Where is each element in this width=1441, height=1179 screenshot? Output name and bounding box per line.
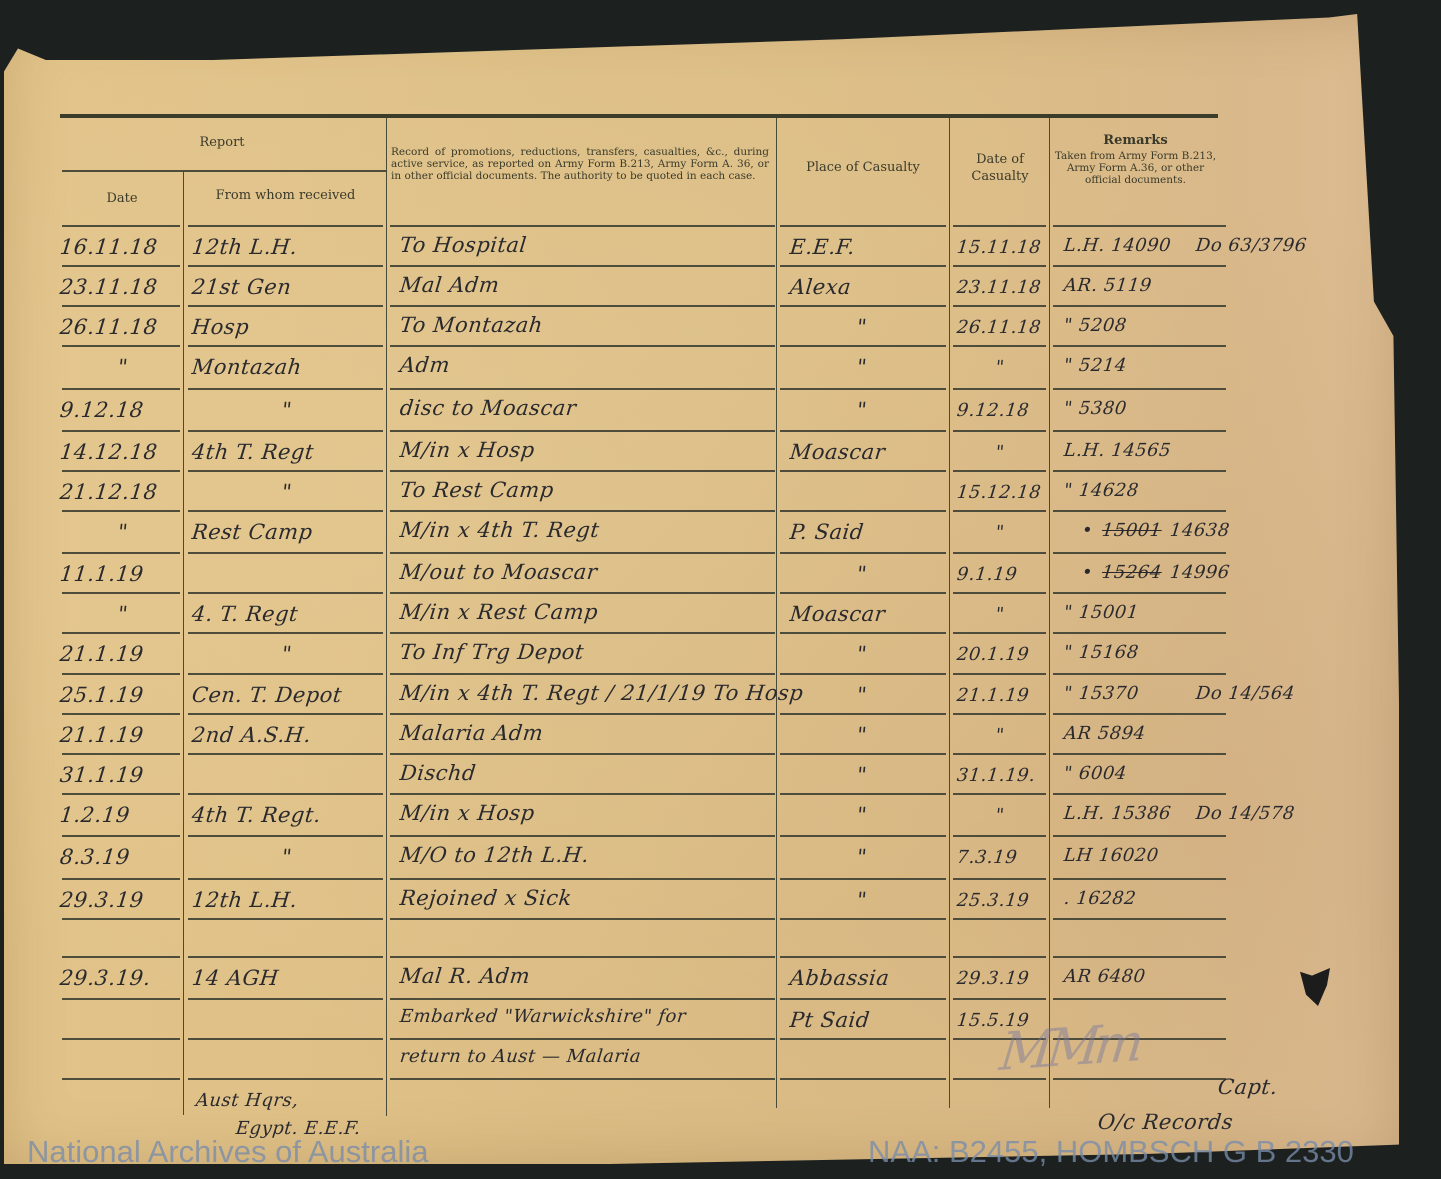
row-rule xyxy=(953,998,1046,1000)
row-rule xyxy=(953,713,1046,715)
report-header-divider xyxy=(62,170,386,172)
row-rule xyxy=(390,918,775,920)
row-rule xyxy=(390,1038,775,1040)
cell-remarks-struck: 15264 xyxy=(1101,562,1163,583)
row-rule xyxy=(953,753,1046,755)
cell-record: Adm xyxy=(399,353,452,377)
row-rule xyxy=(780,265,946,267)
row-rule xyxy=(780,998,946,1000)
cell-place: Pt Said xyxy=(789,1008,871,1032)
cell-casualty-date: 31.1.19. xyxy=(956,765,1037,786)
row-rule xyxy=(188,1078,383,1080)
row-rule xyxy=(953,878,1046,880)
cell-remarks: " 5380 xyxy=(1063,398,1128,419)
watermark-citation: NAA: B2455, HOMBSCH G B 2330 xyxy=(868,1134,1354,1170)
row-rule xyxy=(1053,956,1226,958)
row-rule xyxy=(1053,673,1226,675)
cell-casualty-date: 15.12.18 xyxy=(956,482,1042,503)
row-rule xyxy=(188,225,383,227)
footer-title: O/c Records xyxy=(1097,1110,1235,1134)
cell-record: return to Aust — Malaria xyxy=(399,1046,642,1067)
row-rule xyxy=(1053,388,1226,390)
row-rule xyxy=(953,265,1046,267)
row-rule xyxy=(780,753,946,755)
cell-record: M/O to 12th L.H. xyxy=(399,843,591,867)
row-rule xyxy=(62,1038,180,1040)
row-rule xyxy=(390,673,775,675)
cell-date: " xyxy=(65,602,182,626)
header-from-whom: From whom received xyxy=(188,188,383,203)
header-record: Record of promotions, reductions, transf… xyxy=(391,146,769,182)
row-rule xyxy=(780,1078,946,1080)
cell-date: 21.1.19 xyxy=(59,723,145,747)
cell-casualty-date: " xyxy=(954,805,1046,826)
column-divider xyxy=(183,170,184,1115)
row-rule xyxy=(780,632,946,634)
cell-date: " xyxy=(65,355,182,379)
row-rule xyxy=(188,793,383,795)
cell-from: 4th T. Regt. xyxy=(191,803,323,827)
cell-date: 29.3.19. xyxy=(59,966,152,990)
cell-place: " xyxy=(781,683,944,707)
cell-record: Mal R. Adm xyxy=(399,964,532,988)
cell-remarks: L.H. 14565 xyxy=(1063,440,1172,461)
cell-remarks: " 5208 xyxy=(1063,315,1128,336)
row-rule xyxy=(390,753,775,755)
cell-record: Mal Adm xyxy=(399,273,501,297)
row-rule xyxy=(953,835,1046,837)
cell-casualty-date: 21.1.19 xyxy=(956,685,1030,706)
row-rule xyxy=(62,225,180,227)
row-rule xyxy=(62,632,180,634)
row-rule xyxy=(62,713,180,715)
row-rule xyxy=(62,470,180,472)
cell-date: 25.1.19 xyxy=(59,683,145,707)
cell-margin-note: Do 14/564 xyxy=(1195,683,1296,704)
row-rule xyxy=(1053,918,1226,920)
row-rule xyxy=(188,835,383,837)
cell-remarks: " 15168 xyxy=(1063,642,1140,663)
row-rule xyxy=(188,878,383,880)
row-rule xyxy=(953,305,1046,307)
row-rule xyxy=(62,345,180,347)
cell-remarks-struck: 15001 xyxy=(1101,520,1163,541)
cell-record: Embarked "Warwickshire" for xyxy=(399,1006,687,1027)
row-rule xyxy=(953,592,1046,594)
row-rule xyxy=(780,552,946,554)
row-rule xyxy=(953,225,1046,227)
cell-place: " xyxy=(781,642,944,666)
cell-casualty-date: 23.11.18 xyxy=(956,277,1042,298)
row-rule xyxy=(780,713,946,715)
row-rule xyxy=(188,673,383,675)
cell-remarks: L.H. 14090 xyxy=(1063,235,1172,256)
row-rule xyxy=(390,956,775,958)
cell-from: " xyxy=(191,398,384,422)
cell-remarks: 14638 xyxy=(1169,520,1231,541)
cell-record: M/in x Hosp xyxy=(399,801,536,825)
row-rule xyxy=(188,470,383,472)
cell-casualty-date: " xyxy=(954,725,1046,746)
row-rule xyxy=(780,470,946,472)
cell-place: " xyxy=(781,803,944,827)
cell-remarks: L.H. 15386 xyxy=(1063,803,1172,824)
row-rule xyxy=(780,835,946,837)
row-rule xyxy=(780,918,946,920)
row-rule xyxy=(780,305,946,307)
row-rule xyxy=(390,388,775,390)
row-rule xyxy=(62,918,180,920)
row-rule xyxy=(1053,225,1226,227)
cell-casualty-date: " xyxy=(954,604,1046,625)
cell-date: 23.11.18 xyxy=(59,275,159,299)
cell-casualty-date: " xyxy=(954,357,1046,378)
cell-date: 9.12.18 xyxy=(59,398,145,422)
row-rule xyxy=(780,388,946,390)
row-rule xyxy=(188,345,383,347)
header-date-casualty: Date of Casualty xyxy=(955,151,1045,185)
column-divider xyxy=(386,118,387,1116)
row-rule xyxy=(390,225,775,227)
column-divider xyxy=(1049,118,1050,1108)
cell-casualty-date: " xyxy=(954,442,1046,463)
row-rule xyxy=(1053,793,1226,795)
row-rule xyxy=(1053,713,1226,715)
row-rule xyxy=(1053,430,1226,432)
row-rule xyxy=(62,510,180,512)
cell-record: M/in x Rest Camp xyxy=(399,600,600,624)
row-rule xyxy=(953,470,1046,472)
row-rule xyxy=(188,956,383,958)
row-rule xyxy=(1053,998,1226,1000)
cell-casualty-date: 20.1.19 xyxy=(956,644,1030,665)
row-rule xyxy=(390,430,775,432)
row-rule xyxy=(953,388,1046,390)
row-rule xyxy=(953,956,1046,958)
row-rule xyxy=(1053,878,1226,880)
row-rule xyxy=(390,552,775,554)
row-rule xyxy=(62,305,180,307)
cell-date: 31.1.19 xyxy=(59,763,145,787)
header-report: Report xyxy=(62,135,382,150)
cell-date: " xyxy=(65,520,182,544)
header-place: Place of Casualty xyxy=(780,160,946,175)
row-rule xyxy=(62,835,180,837)
cell-date: 26.11.18 xyxy=(59,315,159,339)
cell-from: " xyxy=(191,845,384,869)
row-rule xyxy=(953,632,1046,634)
row-rule xyxy=(390,632,775,634)
cell-from: 12th L.H. xyxy=(191,235,299,259)
row-rule xyxy=(390,305,775,307)
row-rule xyxy=(188,430,383,432)
cell-place: Moascar xyxy=(789,602,887,626)
row-rule xyxy=(188,632,383,634)
cell-from: Montazah xyxy=(191,355,303,379)
cell-remarks: LH 16020 xyxy=(1063,845,1160,866)
service-record-sheet xyxy=(4,14,1399,1164)
row-rule xyxy=(780,225,946,227)
cell-remarks: AR 6480 xyxy=(1063,966,1147,987)
cell-date: 21.1.19 xyxy=(59,642,145,666)
footer-rank: Capt. xyxy=(1217,1075,1279,1099)
row-rule xyxy=(1053,753,1226,755)
officer-signature: MMm xyxy=(997,1013,1141,1083)
row-rule xyxy=(188,552,383,554)
cell-place: P. Said xyxy=(789,520,865,544)
cell-from: 21st Gen xyxy=(191,275,293,299)
row-rule xyxy=(188,305,383,307)
column-divider xyxy=(949,118,950,1108)
cell-remarks: " 5214 xyxy=(1063,355,1128,376)
cell-record: M/in x 4th T. Regt / 21/1/19 To Hosp xyxy=(399,681,805,705)
cell-remarks: " 6004 xyxy=(1063,763,1128,784)
cell-record: To Hospital xyxy=(399,233,528,257)
row-rule xyxy=(1053,1078,1226,1080)
cell-from: Rest Camp xyxy=(191,520,314,544)
row-rule xyxy=(62,673,180,675)
row-rule xyxy=(62,592,180,594)
cell-casualty-date: 25.3.19 xyxy=(956,890,1030,911)
row-rule xyxy=(1053,632,1226,634)
row-rule xyxy=(188,1038,383,1040)
cell-from: 4. T. Regt xyxy=(191,602,300,626)
header-remarks: Remarks xyxy=(1053,133,1218,148)
row-rule xyxy=(62,1078,180,1080)
row-rule xyxy=(780,878,946,880)
row-rule xyxy=(1053,305,1226,307)
row-rule xyxy=(780,430,946,432)
row-rule xyxy=(1053,345,1226,347)
cell-date: 14.12.18 xyxy=(59,440,159,464)
cell-from: 14 AGH xyxy=(191,966,280,990)
cell-remarks: " 15370 xyxy=(1063,683,1140,704)
row-rule xyxy=(390,470,775,472)
row-rule xyxy=(1053,510,1226,512)
table-top-rule xyxy=(60,114,1218,118)
row-rule xyxy=(780,673,946,675)
row-rule xyxy=(953,552,1046,554)
row-rule xyxy=(188,510,383,512)
row-rule xyxy=(780,345,946,347)
cell-from: " xyxy=(191,480,384,504)
cell-place: Abbassia xyxy=(789,966,891,990)
cell-place: E.E.F. xyxy=(789,235,857,259)
row-rule xyxy=(62,430,180,432)
row-rule xyxy=(1053,470,1226,472)
row-rule xyxy=(390,265,775,267)
row-rule xyxy=(390,793,775,795)
row-rule xyxy=(953,918,1046,920)
row-rule xyxy=(188,998,383,1000)
cell-place: Alexa xyxy=(789,275,853,299)
row-rule xyxy=(780,1038,946,1040)
row-rule xyxy=(780,592,946,594)
row-rule xyxy=(62,265,180,267)
cell-remarks: . 16282 xyxy=(1063,888,1137,909)
row-rule xyxy=(1053,835,1226,837)
cell-place: " xyxy=(781,562,944,586)
cell-from: Cen. T. Depot xyxy=(191,683,343,707)
cell-casualty-date: 15.11.18 xyxy=(956,237,1042,258)
cell-margin-note: Do 63/3796 xyxy=(1195,235,1308,256)
cell-place: " xyxy=(781,888,944,912)
row-rule xyxy=(953,345,1046,347)
cell-record: Malaria Adm xyxy=(399,721,545,745)
cell-place: " xyxy=(781,723,944,747)
cell-casualty-date: 26.11.18 xyxy=(956,317,1042,338)
row-rule xyxy=(188,918,383,920)
cell-date: 21.12.18 xyxy=(59,480,159,504)
row-rule xyxy=(953,793,1046,795)
row-rule xyxy=(953,430,1046,432)
row-rule xyxy=(1053,592,1226,594)
cell-place: Moascar xyxy=(789,440,887,464)
cell-casualty-date: " xyxy=(954,522,1046,543)
row-rule xyxy=(390,878,775,880)
row-rule xyxy=(62,956,180,958)
row-rule xyxy=(188,265,383,267)
cell-date: 1.2.19 xyxy=(59,803,131,827)
row-rule xyxy=(62,552,180,554)
cell-from: 12th L.H. xyxy=(191,888,299,912)
cell-casualty-date: 9.1.19 xyxy=(956,564,1018,585)
footer-hq-line1: Aust Hqrs, xyxy=(195,1090,300,1111)
row-rule xyxy=(188,388,383,390)
cell-from: 2nd A.S.H. xyxy=(191,723,313,747)
row-rule xyxy=(62,753,180,755)
row-rule xyxy=(390,835,775,837)
cell-date: 11.1.19 xyxy=(59,562,145,586)
row-rule xyxy=(62,793,180,795)
row-rule xyxy=(1053,265,1226,267)
row-rule xyxy=(390,345,775,347)
cell-remarks: " 14628 xyxy=(1063,480,1140,501)
cell-date: 16.11.18 xyxy=(59,235,159,259)
row-rule xyxy=(953,510,1046,512)
cell-from: 4th T. Regt xyxy=(191,440,315,464)
cell-remarks: AR 5894 xyxy=(1063,723,1147,744)
cell-casualty-date: 29.3.19 xyxy=(956,968,1030,989)
watermark-naa: National Archives of Australia xyxy=(27,1134,429,1170)
cell-record: Dischd xyxy=(399,761,478,785)
column-divider xyxy=(776,118,777,1108)
row-rule xyxy=(62,388,180,390)
cell-remarks: " 15001 xyxy=(1063,602,1140,623)
cell-casualty-date: 7.3.19 xyxy=(956,847,1018,868)
cell-place: " xyxy=(781,398,944,422)
row-rule xyxy=(62,878,180,880)
cell-from: Hosp xyxy=(191,315,251,339)
row-rule xyxy=(953,673,1046,675)
cell-record: M/in x 4th T. Regt xyxy=(399,518,601,542)
row-rule xyxy=(188,592,383,594)
cell-record: disc to Moascar xyxy=(399,396,578,420)
row-rule xyxy=(780,793,946,795)
cell-record: M/out to Moascar xyxy=(399,560,599,584)
cell-date: 29.3.19 xyxy=(59,888,145,912)
cell-place: " xyxy=(781,355,944,379)
row-rule xyxy=(780,956,946,958)
cell-place: " xyxy=(781,845,944,869)
cell-record: To Montazah xyxy=(399,313,544,337)
row-rule xyxy=(390,592,775,594)
cell-remarks-bullet: • xyxy=(1081,520,1094,541)
cell-record: To Rest Camp xyxy=(399,478,555,502)
row-rule xyxy=(390,510,775,512)
cell-place: " xyxy=(781,763,944,787)
cell-date: 8.3.19 xyxy=(59,845,131,869)
row-rule xyxy=(188,713,383,715)
cell-margin-note: Do 14/578 xyxy=(1195,803,1296,824)
cell-remarks: AR. 5119 xyxy=(1063,275,1153,296)
header-date: Date xyxy=(62,191,182,206)
cell-record: M/in x Hosp xyxy=(399,438,536,462)
row-rule xyxy=(390,713,775,715)
cell-record: To Inf Trg Depot xyxy=(399,640,585,664)
cell-remarks: 14996 xyxy=(1169,562,1231,583)
row-rule xyxy=(62,998,180,1000)
cell-remarks-bullet: • xyxy=(1081,562,1094,583)
row-rule xyxy=(1053,552,1226,554)
row-rule xyxy=(390,998,775,1000)
row-rule xyxy=(390,1078,775,1080)
cell-from: " xyxy=(191,642,384,666)
cell-record: Rejoined x Sick xyxy=(399,886,573,910)
row-rule xyxy=(780,510,946,512)
header-remarks-sub: Taken from Army Form B.213, Army Form A.… xyxy=(1053,150,1218,186)
cell-casualty-date: 9.12.18 xyxy=(956,400,1030,421)
cell-place: " xyxy=(781,315,944,339)
row-rule xyxy=(188,753,383,755)
